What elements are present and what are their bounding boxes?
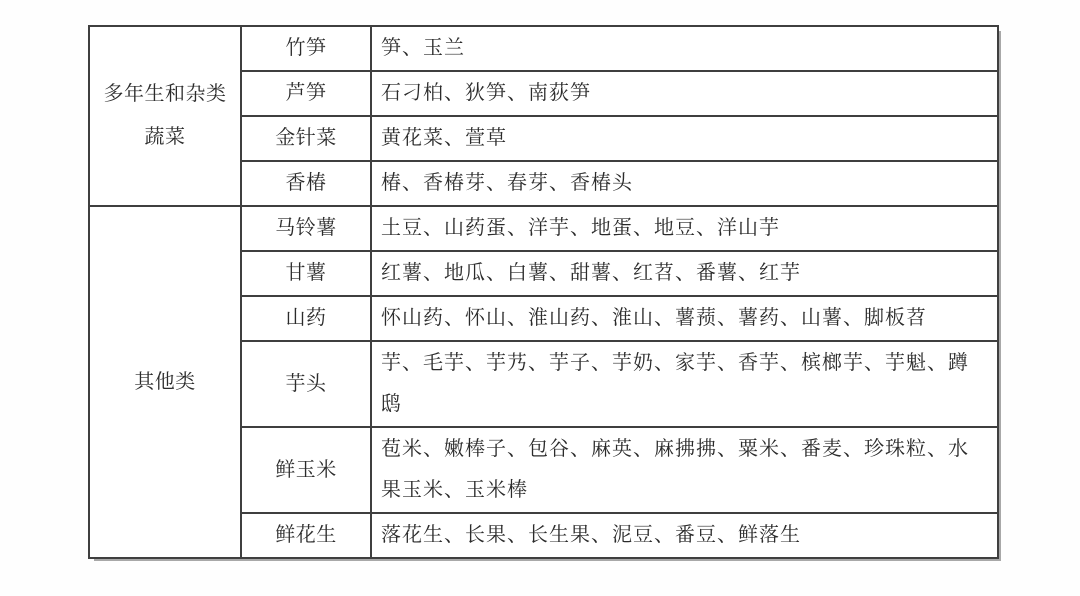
vegetable-name-cell: 芋头 xyxy=(241,341,371,427)
vegetable-name-cell: 鲜玉米 xyxy=(241,427,371,513)
vegetable-name-cell: 马铃薯 xyxy=(241,206,371,251)
alias-list-cell: 黄花菜、萱草 xyxy=(371,116,998,161)
vegetable-name-cell: 竹笋 xyxy=(241,26,371,71)
category-group-cell: 其他类 xyxy=(89,206,241,558)
vegetable-name-cell: 甘薯 xyxy=(241,251,371,296)
alias-list-cell: 笋、玉兰 xyxy=(371,26,998,71)
vegetable-name-cell: 金针菜 xyxy=(241,116,371,161)
vegetable-name-cell: 鲜花生 xyxy=(241,513,371,558)
alias-list-cell: 土豆、山药蛋、洋芋、地蛋、地豆、洋山芋 xyxy=(371,206,998,251)
table-body: 多年生和杂类 蔬菜竹笋笋、玉兰芦笋石刁柏、狄笋、南荻笋金针菜黄花菜、萱草香椿椿、… xyxy=(89,26,998,558)
alias-list-cell: 红薯、地瓜、白薯、甜薯、红苕、番薯、红芋 xyxy=(371,251,998,296)
alias-list-cell: 怀山药、怀山、淮山药、淮山、薯蓣、薯药、山薯、脚板苕 xyxy=(371,296,998,341)
vegetable-name-cell: 山药 xyxy=(241,296,371,341)
vegetable-alias-table: 多年生和杂类 蔬菜竹笋笋、玉兰芦笋石刁柏、狄笋、南荻笋金针菜黄花菜、萱草香椿椿、… xyxy=(88,25,999,559)
alias-list-cell: 芋、毛芋、芋艿、芋子、芋奶、家芋、香芋、槟榔芋、芋魁、蹲鸱 xyxy=(371,341,998,427)
alias-list-cell: 落花生、长果、长生果、泥豆、番豆、鲜落生 xyxy=(371,513,998,558)
table-row: 其他类马铃薯土豆、山药蛋、洋芋、地蛋、地豆、洋山芋 xyxy=(89,206,998,251)
vegetable-name-cell: 芦笋 xyxy=(241,71,371,116)
table-row: 多年生和杂类 蔬菜竹笋笋、玉兰 xyxy=(89,26,998,71)
category-group-cell: 多年生和杂类 蔬菜 xyxy=(89,26,241,206)
alias-list-cell: 苞米、嫩棒子、包谷、麻英、麻拂拂、粟米、番麦、珍珠粒、水果玉米、玉米棒 xyxy=(371,427,998,513)
alias-list-cell: 椿、香椿芽、春芽、香椿头 xyxy=(371,161,998,206)
document-page: 多年生和杂类 蔬菜竹笋笋、玉兰芦笋石刁柏、狄笋、南荻笋金针菜黄花菜、萱草香椿椿、… xyxy=(0,0,1080,596)
alias-list-cell: 石刁柏、狄笋、南荻笋 xyxy=(371,71,998,116)
vegetable-name-cell: 香椿 xyxy=(241,161,371,206)
